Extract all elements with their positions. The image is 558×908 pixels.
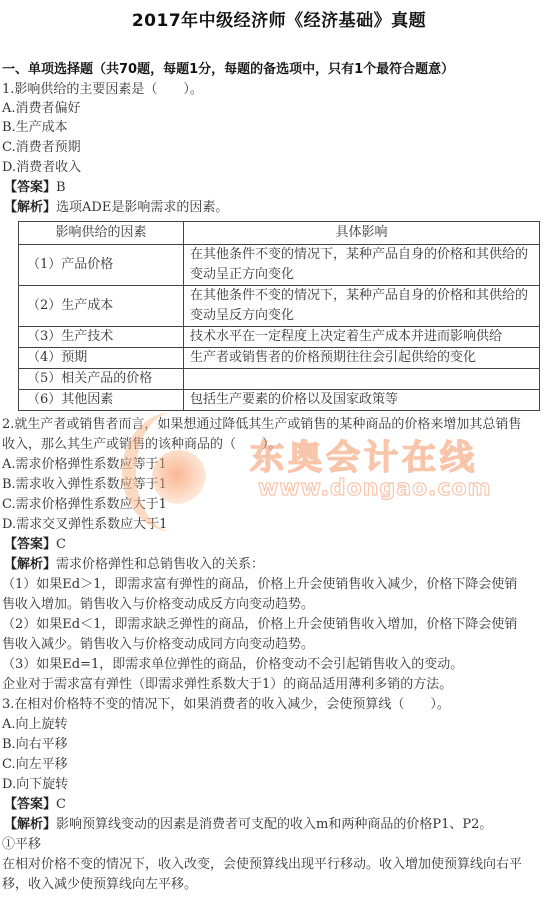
answer-label: 【答案】 (4, 180, 56, 195)
q2-option-b: B.需求收入弹性系数应等于1 (2, 475, 167, 495)
watermark-url: www.dongao.com (258, 476, 492, 501)
answer-label: 【答案】 (4, 537, 56, 552)
q2-stem-line1: 2.就生产者或销售者而言，如果想通过降低其生产或销售的某种商品的价格来增加其总销… (2, 415, 521, 435)
q2-option-a: A.需求价格弹性系数应等于1 (2, 455, 167, 475)
table-cell-effect (184, 369, 540, 390)
table-cell-factor: （3）生产技术 (19, 327, 184, 348)
q3-option-c: C.向左平移 (2, 755, 68, 775)
q3-sub-line-2: 移，收入减少使预算线向左平移。 (2, 875, 197, 895)
answer-value: B (56, 180, 66, 195)
supply-factors-table: 影响供给的因素 具体影响 （1）产品价格 在其他条件不变的情况下，某种产品自身的… (18, 221, 540, 411)
q2-point-1a: （1）如果Ed＞1，即需求富有弹性的商品，价格上升会使销售收入减少，价格下降会使… (2, 575, 517, 595)
q1-analysis: 【解析】选项ADE是影响需求的因素。 (4, 198, 228, 218)
table-cell-factor: （6）其他因素 (19, 390, 184, 411)
q3-stem: 3.在相对价格特不变的情况下，如果消费者的收入减少，会使预算线（ ）。 (2, 695, 450, 715)
table-row: （5）相关产品的价格 (19, 369, 540, 390)
answer-value: C (56, 537, 66, 552)
table-cell-factor: （5）相关产品的价格 (19, 369, 184, 390)
q2-point-2b: 售收入减少。销售收入与价格变动成同方向变动趋势。 (2, 635, 314, 655)
q2-stem-line2: 收入，那么其生产或销售的该种商品的（ ）。 (2, 435, 282, 455)
q2-analysis: 【解析】需求价格弹性和总销售收入的关系： (4, 555, 264, 575)
q2-answer: 【答案】C (4, 535, 66, 555)
q3-option-a: A.向上旋转 (2, 715, 68, 735)
table-cell-effect: 在其他条件不变的情况下，某种产品自身的价格和其供给的变动呈正方向变化 (184, 245, 540, 286)
watermark-brand: 东奥会计在线 (250, 430, 478, 479)
table-row: （1）产品价格 在其他条件不变的情况下，某种产品自身的价格和其供给的变动呈正方向… (19, 245, 540, 286)
q1-answer: 【答案】B (4, 178, 66, 198)
q2-point-3: （3）如果Ed=1，即需求单位弹性的商品，价格变动不会引起销售收入的变动。 (2, 655, 463, 675)
analysis-label: 【解析】 (4, 817, 56, 832)
table-cell-effect: 生产者或销售者的价格预期往往会引起供给的变化 (184, 348, 540, 369)
table-cell-factor: （2）生产成本 (19, 286, 184, 327)
analysis-label: 【解析】 (4, 200, 56, 215)
q3-option-b: B.向右平移 (2, 735, 68, 755)
q2-point-1b: 售收入增加。销售收入与价格变动成反方向变动趋势。 (2, 595, 314, 615)
table-row: （2）生产成本 在其他条件不变的情况下，某种产品自身的价格和其供给的变动呈反方向… (19, 286, 540, 327)
q1-option-d: D.消费者收入 (2, 158, 81, 178)
answer-value: C (56, 797, 66, 812)
analysis-text: 需求价格弹性和总销售收入的关系： (56, 557, 264, 572)
table-row: （4）预期 生产者或销售者的价格预期往往会引起供给的变化 (19, 348, 540, 369)
table-header-factor: 影响供给的因素 (19, 222, 184, 245)
q3-answer: 【答案】C (4, 795, 66, 815)
analysis-text: 影响预算线变动的因素是消费者可支配的收入m和两种商品的价格P1、P2。 (56, 817, 492, 832)
table-row: （6）其他因素 包括生产要素的价格以及国家政策等 (19, 390, 540, 411)
q1-option-a: A.消费者偏好 (2, 99, 81, 119)
section-heading: 一、单项选择题（共70题，每题1分，每题的备选项中，只有1个最符合题意） (2, 58, 454, 77)
q1-option-c: C.消费者预期 (2, 138, 81, 158)
table-header-effect: 具体影响 (184, 222, 540, 245)
q3-sub-line-1: 在相对价格不变的情况下，收入改变，会使预算线出现平行移动。收入增加使预算线向右平 (2, 855, 522, 875)
q1-option-b: B.生产成本 (2, 118, 68, 138)
q3-analysis: 【解析】影响预算线变动的因素是消费者可支配的收入m和两种商品的价格P1、P2。 (4, 815, 492, 835)
q2-conclusion: 企业对于需求富有弹性（即需求弹性系数大于1）的商品适用薄利多销的方法。 (2, 675, 452, 695)
answer-label: 【答案】 (4, 797, 56, 812)
table-cell-factor: （1）产品价格 (19, 245, 184, 286)
analysis-text: 选项ADE是影响需求的因素。 (56, 200, 228, 215)
table-row: （3）生产技术 技术水平在一定程度上决定着生产成本并进而影响供给 (19, 327, 540, 348)
q2-point-2a: （2）如果Ed＜1，即需求缺乏弹性的商品，价格上升会使销售收入增加，价格下降会使… (2, 615, 517, 635)
table-header-row: 影响供给的因素 具体影响 (19, 222, 540, 245)
page-title: 2017年中级经济师《经济基础》真题 (0, 6, 558, 31)
table-cell-factor: （4）预期 (19, 348, 184, 369)
table-cell-effect: 包括生产要素的价格以及国家政策等 (184, 390, 540, 411)
q3-option-d: D.向下旋转 (2, 775, 68, 795)
analysis-label: 【解析】 (4, 557, 56, 572)
q2-option-c: C.需求价格弹性系数应大于1 (2, 495, 167, 515)
q2-option-d: D.需求交叉弹性系数应大于1 (2, 515, 167, 535)
q1-stem: 1.影响供给的主要因素是（ ）。 (2, 80, 203, 100)
q3-subheading: ①平移 (2, 835, 41, 855)
table-cell-effect: 在其他条件不变的情况下，某种产品自身的价格和其供给的变动呈反方向变化 (184, 286, 540, 327)
table-cell-effect: 技术水平在一定程度上决定着生产成本并进而影响供给 (184, 327, 540, 348)
